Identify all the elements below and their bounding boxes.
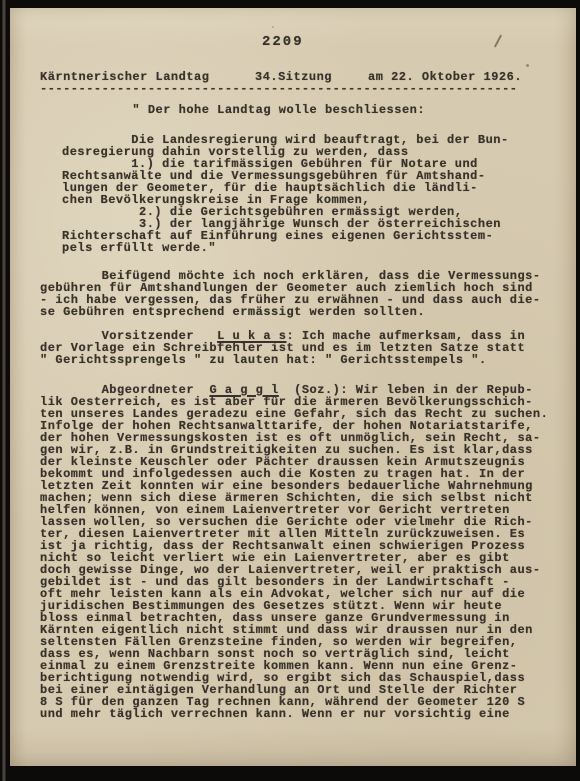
resolution-text-block: Die Landesregierung wird beauftragt, bei… xyxy=(62,134,509,254)
paper-speck xyxy=(233,713,235,715)
chairman-lukas-statement: Vorsitzender L u k a s: Ich mache aufmer… xyxy=(40,330,525,366)
text-line: " Der hohe Landtag wolle beschliessen: xyxy=(40,104,425,116)
typewritten-text-layer: 2209 Kärntnerischer Landtag 34.Sitzung a… xyxy=(40,8,556,766)
dashed-divider: ----------------------------------------… xyxy=(40,83,517,95)
text-line: und mehr täglich verrechnen kann. Wenn e… xyxy=(40,708,548,720)
text-line: " Gerichtssprengels " zu lauten hat: " G… xyxy=(40,354,525,366)
page-number: 2209 xyxy=(262,35,304,49)
motion-intro-paragraph: " Der hohe Landtag wolle beschliessen: xyxy=(40,104,425,116)
paper-speck xyxy=(272,26,274,28)
scanner-edge-strip xyxy=(2,0,6,781)
scanned-document-page: 2209 Kärntnerischer Landtag 34.Sitzung a… xyxy=(10,8,576,766)
closing-remark-paragraph: Beifügend möchte ich noch erklären, dass… xyxy=(40,270,541,318)
paper-speck xyxy=(526,64,529,67)
text-line: pels erfüllt werde." xyxy=(62,242,509,254)
text-line: se Gebühren entsprechend ermässigt werde… xyxy=(40,306,541,318)
deputy-gaggl-speech: Abgeordneter G a g g l (Soz.): Wir leben… xyxy=(40,384,548,720)
